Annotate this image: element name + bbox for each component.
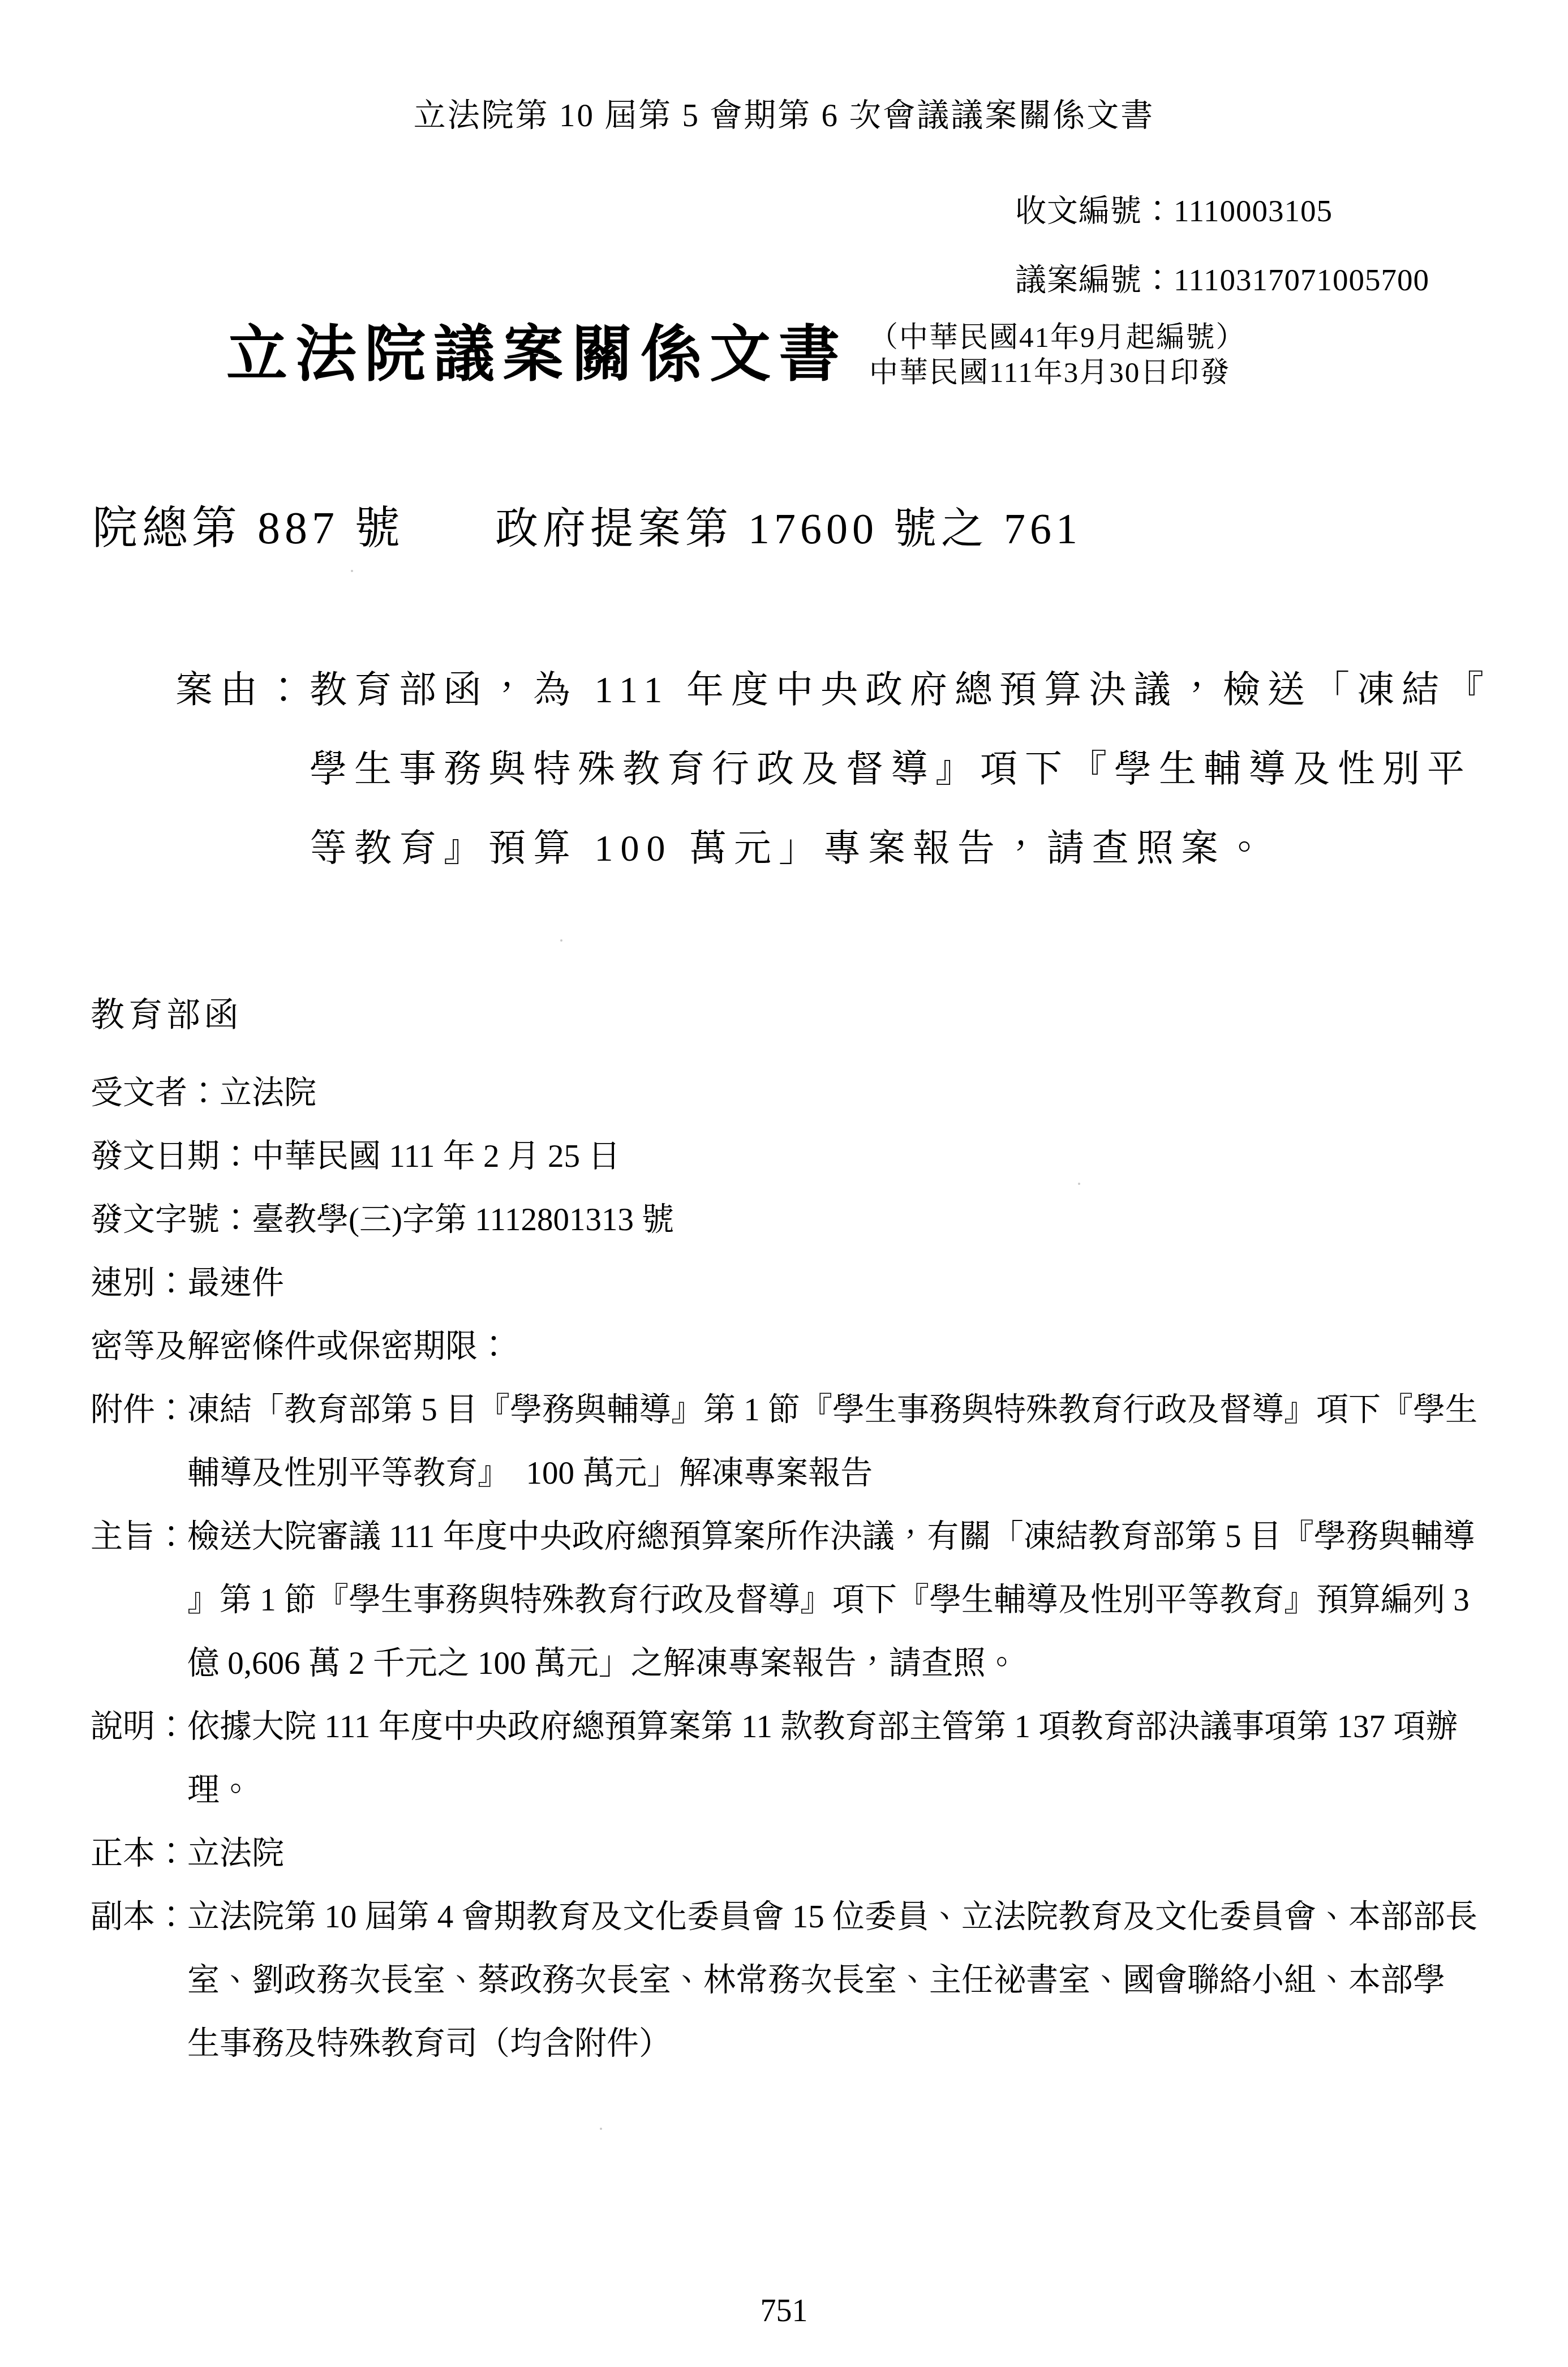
document-numbers: 收文編號：1110003105 議案編號：1110317071005700 — [1015, 177, 1429, 315]
scan-speckle — [150, 1715, 152, 1717]
field-priority-label: 速別： — [91, 1252, 187, 1315]
scan-speckle — [600, 2128, 602, 2130]
field-doc-number: 發文字號： 臺教學(三)字第 1112801313 號 — [91, 1188, 1517, 1252]
title-row: 立法院議案關係文書 （中華民國41年9月起編號） 中華民國111年3月30日印發 — [226, 317, 1246, 393]
field-issue-date: 發文日期： 中華民國 111 年 2 月 25 日 — [91, 1125, 1517, 1188]
field-carbon-copy-value: 立法院第 10 屆第 4 會期教育及文化委員會 15 位委員、立法院教育及文化委… — [187, 1885, 1517, 2076]
field-attachment-value: 凍結「教育部第 5 目『學務與輔導』第 1 節『學生事務與特殊教育行政及督導』項… — [187, 1378, 1517, 1505]
case-subject-text: 教育部函，為 111 年度中央政府總預算決議，檢送「凍結『 學生事務與特殊教育行… — [310, 651, 1556, 888]
field-subject-label: 主旨： — [91, 1505, 187, 1569]
ministry-letter: 教育部函 受文者： 立法院 發文日期： 中華民國 111 年 2 月 25 日 … — [91, 983, 1517, 2076]
letter-title: 教育部函 — [91, 983, 1517, 1047]
field-explanation: 說明： 依據大院 111 年度中央政府總預算案第 11 款教育部主管第 1 項教… — [91, 1695, 1517, 1822]
field-doc-number-value: 臺教學(三)字第 1112801313 號 — [252, 1188, 1517, 1252]
case-subject-label: 案由： — [175, 651, 310, 888]
government-proposal-number: 政府提案第 17600 號之 761 — [495, 494, 1082, 556]
page-number: 751 — [0, 2293, 1568, 2329]
yuan-general-number: 院總第 887 號 — [92, 491, 405, 556]
scan-speckle — [1078, 1183, 1080, 1185]
case-subject: 案由： 教育部函，為 111 年度中央政府總預算決議，檢送「凍結『 學生事務與特… — [175, 651, 1556, 888]
field-priority: 速別： 最速件 — [91, 1252, 1517, 1315]
field-recipient-value: 立法院 — [220, 1062, 1517, 1125]
title-annotation: （中華民國41年9月起編號） 中華民國111年3月30日印發 — [869, 320, 1246, 390]
docket-row: 院總第 887 號 政府提案第 17600 號之 761 — [92, 491, 1082, 556]
field-issue-date-label: 發文日期： — [91, 1125, 252, 1188]
field-issue-date-value: 中華民國 111 年 2 月 25 日 — [252, 1125, 1517, 1188]
session-header: 立法院第 10 屆第 5 會期第 6 次會議議案關係文書 — [0, 89, 1568, 136]
scan-speckle — [351, 570, 353, 572]
document-title: 立法院議案關係文書 — [226, 317, 848, 393]
field-recipient: 受文者： 立法院 — [91, 1062, 1517, 1125]
field-priority-value: 最速件 — [187, 1252, 1517, 1315]
field-explanation-label: 說明： — [91, 1695, 187, 1759]
field-original-recipient-value: 立法院 — [187, 1822, 1517, 1885]
field-original-recipient-label: 正本： — [91, 1822, 187, 1885]
scan-speckle — [560, 939, 562, 942]
field-security-class-label: 密等及解密條件或保密期限： — [91, 1315, 510, 1378]
bill-number: 議案編號：1110317071005700 — [1015, 246, 1429, 315]
field-security-class: 密等及解密條件或保密期限： — [91, 1315, 1517, 1378]
field-subject: 主旨： 檢送大院審議 111 年度中央政府總預算案所作決議，有關「凍結教育部第 … — [91, 1505, 1517, 1695]
document-page: 立法院第 10 屆第 5 會期第 6 次會議議案關係文書 收文編號：111000… — [0, 0, 1568, 2367]
field-attachment-label: 附件： — [91, 1378, 187, 1442]
field-original-recipient: 正本： 立法院 — [91, 1822, 1517, 1885]
field-explanation-value: 依據大院 111 年度中央政府總預算案第 11 款教育部主管第 1 項教育部決議… — [187, 1695, 1517, 1822]
field-carbon-copy: 副本： 立法院第 10 屆第 4 會期教育及文化委員會 15 位委員、立法院教育… — [91, 1885, 1517, 2076]
field-carbon-copy-label: 副本： — [91, 1885, 187, 1949]
field-attachment: 附件： 凍結「教育部第 5 目『學務與輔導』第 1 節『學生事務與特殊教育行政及… — [91, 1378, 1517, 1505]
field-subject-value: 檢送大院審議 111 年度中央政府總預算案所作決議，有關「凍結教育部第 5 目『… — [187, 1505, 1517, 1695]
field-recipient-label: 受文者： — [91, 1062, 220, 1125]
receive-number: 收文編號：1110003105 — [1015, 177, 1429, 246]
field-doc-number-label: 發文字號： — [91, 1188, 252, 1252]
